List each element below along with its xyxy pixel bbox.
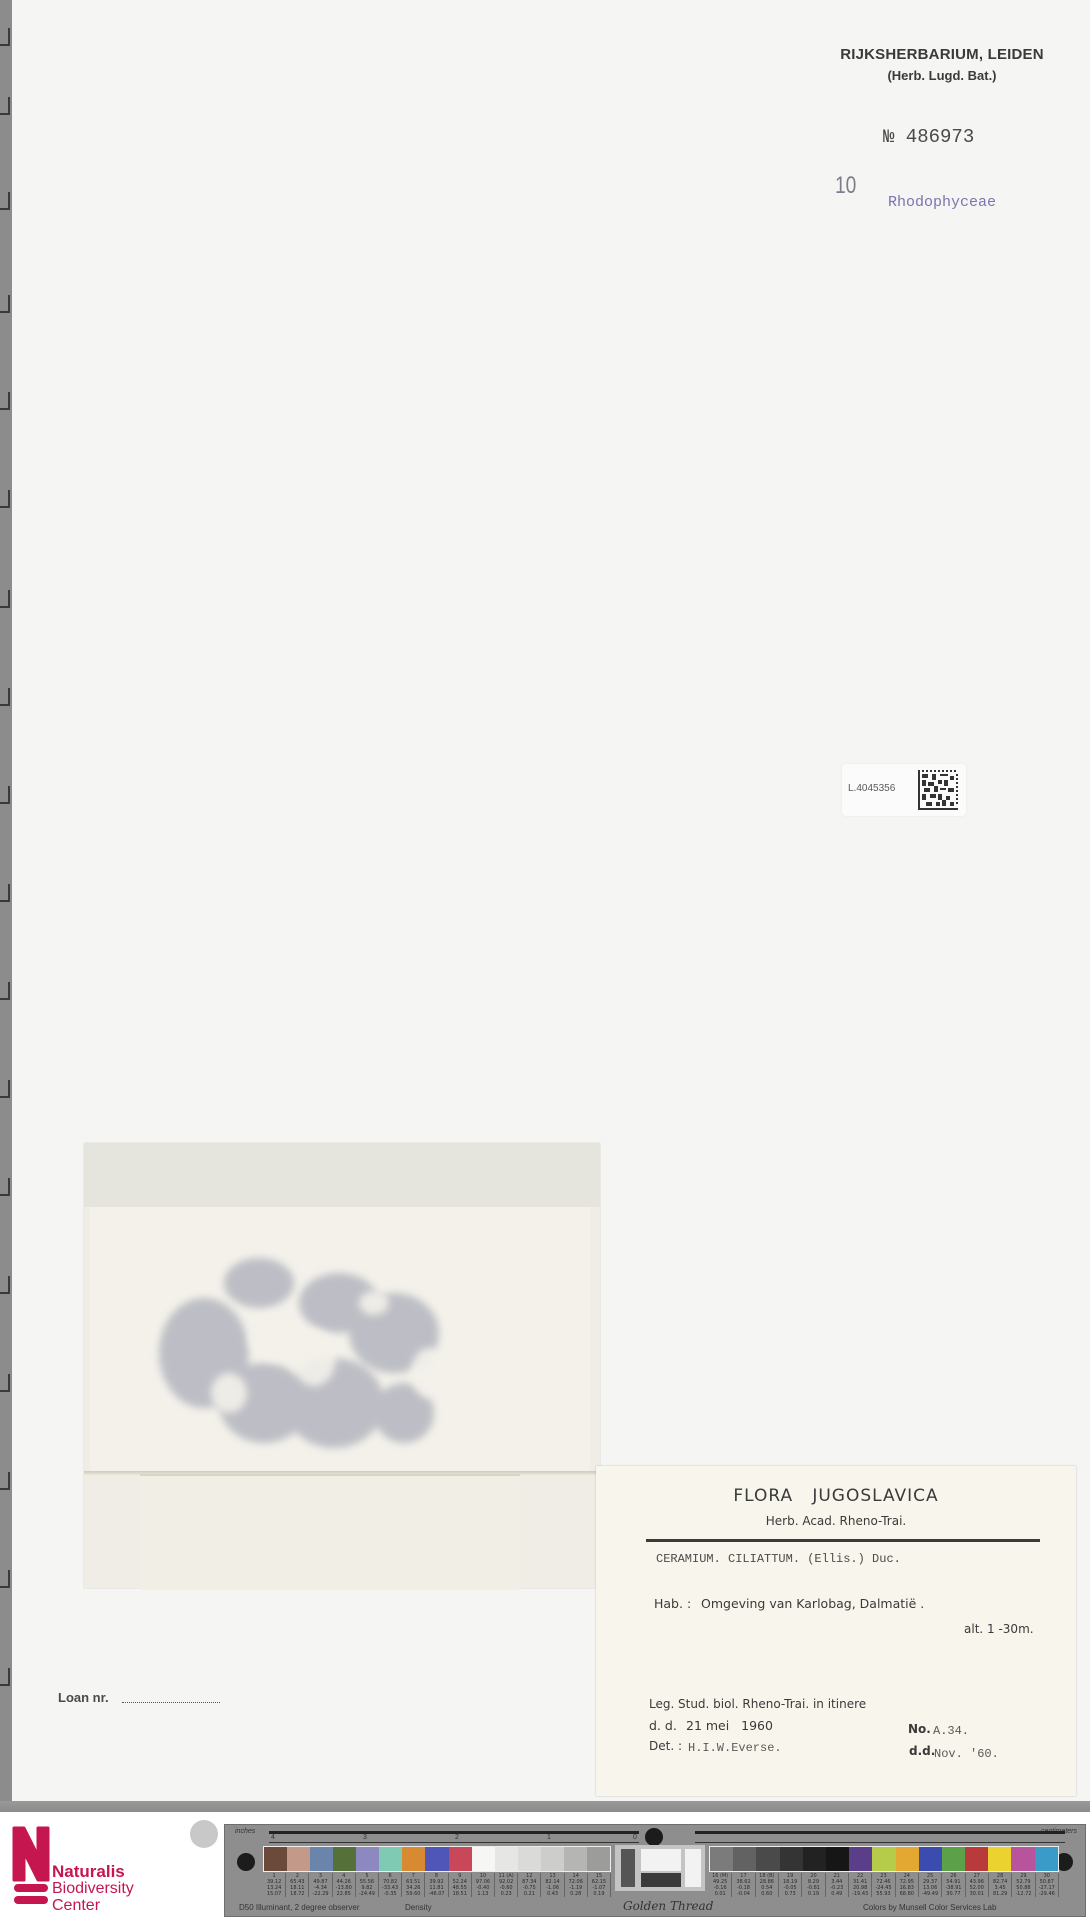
determiner-value: H.I.W.Everse. [688, 1741, 782, 1755]
target-scale [685, 1849, 701, 1887]
patch-value: 2952.7950.88-12.72 [1012, 1873, 1035, 1897]
loan-label: Loan nr. [58, 1690, 109, 1705]
golden-thread-brand: Golden Thread [623, 1899, 713, 1913]
patch-value: 3050.87-27.17-29.46 [1036, 1873, 1059, 1897]
color-patches-left [263, 1846, 611, 1872]
patch-value: 213.44-0.230.49 [826, 1873, 849, 1897]
patch-value: 2231.4120.98-19.43 [849, 1873, 872, 1897]
color-calibration-card: inches centimeters 4 3 2 1 0 139.1213.24… [224, 1824, 1086, 1917]
grey-reference-dot [190, 1820, 218, 1848]
color-patch [587, 1847, 610, 1871]
density-label: Density [405, 1903, 432, 1912]
patch-value: 444.26-13.8022.85 [333, 1873, 356, 1897]
color-patches-right [709, 1846, 1059, 1872]
color-patch [495, 1847, 518, 1871]
specimen-packet [84, 1143, 600, 1588]
inch-tick: 2 [455, 1834, 459, 1841]
label-subtitle: Herb. Acad. Rheno-Trai. [596, 1514, 1076, 1528]
color-patch [564, 1847, 587, 1871]
label-title: FLORA JUGOSLAVICA [596, 1486, 1076, 1506]
institution-subtitle: (Herb. Lugd. Bat.) [836, 68, 1048, 83]
patch-value: 16 (M)49.25-0.160.01 [709, 1873, 732, 1897]
patch-value: 139.1213.2415.07 [263, 1873, 286, 1897]
color-patch [310, 1847, 333, 1871]
color-patch [896, 1847, 919, 1871]
edge-tick [0, 28, 10, 46]
color-patch [733, 1847, 756, 1871]
patch-value: 1738.62-0.18-0.04 [732, 1873, 755, 1897]
patch-value: 208.29-0.810.19 [802, 1873, 825, 1897]
stamp-number: 10 [835, 172, 856, 200]
color-patch [1035, 1847, 1058, 1871]
color-patch [942, 1847, 965, 1871]
edge-tick [0, 1374, 10, 1392]
catalog-number: L.4045356 [848, 783, 895, 794]
edge-tick [0, 490, 10, 508]
patch-value: 18 (B)28.860.540.60 [756, 1873, 779, 1897]
color-patch [518, 1847, 541, 1871]
taxon-name: CERAMIUM. CILIATTUM. (Ellis.) Duc. [656, 1552, 901, 1566]
loan-number-field [122, 1702, 220, 1703]
logo-text-center: Center [52, 1897, 100, 1915]
patch-value: 555.569.82-24.49 [356, 1873, 379, 1897]
algae-specimen [144, 1243, 484, 1473]
edge-tick [0, 295, 10, 313]
edge-tick [0, 590, 10, 608]
collection-date-label: d. d. [649, 1718, 677, 1733]
packet-bottom-flap [140, 1474, 520, 1590]
habitat-value: Omgeving van Karlobag, Dalmatië . [701, 1596, 924, 1611]
det-date-label: d.d. [909, 1744, 935, 1758]
edge-tick [0, 392, 10, 410]
color-patch [287, 1847, 310, 1871]
edge-tick [0, 1472, 10, 1490]
color-patch [1011, 1847, 1034, 1871]
patch-value: 2372.46-24.4555.93 [872, 1873, 895, 1897]
patch-value: 11 (A)92.02-0.600.23 [495, 1873, 518, 1897]
packet-top-flap [84, 1143, 600, 1207]
label-divider [646, 1539, 1040, 1542]
edge-tick [0, 1570, 10, 1588]
logo-text-biodiversity: Biodiversity [52, 1880, 134, 1898]
collector-value: Stud. biol. Rheno-Trai. in itinere [678, 1697, 866, 1711]
patch-value: 2654.91-38.9130.77 [942, 1873, 965, 1897]
card-hole-center [645, 1828, 663, 1846]
patch-value: 839.9211.81-46.07 [425, 1873, 448, 1897]
target-block-dark [641, 1873, 681, 1887]
datamatrix-icon [918, 770, 958, 810]
scanner-edge-bottom [0, 1801, 1090, 1812]
patch-value: 1472.06-1.190.28 [565, 1873, 588, 1897]
inch-tick: 4 [271, 1834, 275, 1841]
scanner-edge-left [0, 0, 12, 1812]
color-patch [826, 1847, 849, 1871]
logo-text-naturalis: Naturalis [52, 1862, 125, 1882]
patch-value: 763.5134.2659.60 [402, 1873, 425, 1897]
institution-name: RIJKSHERBARIUM, LEIDEN [836, 46, 1048, 63]
patch-value: 670.82-33.43-0.35 [379, 1873, 402, 1897]
color-patch [425, 1847, 448, 1871]
inch-tick: 3 [363, 1834, 367, 1841]
patch-values-left: 139.1213.2415.07265.4318.1118.72349.87-4… [263, 1873, 611, 1897]
patch-value: 1287.34-0.750.21 [518, 1873, 541, 1897]
color-patch [849, 1847, 872, 1871]
resolution-target [615, 1845, 705, 1891]
color-patch [988, 1847, 1011, 1871]
registration-number: № 486973 [883, 126, 974, 148]
color-patch [264, 1847, 287, 1871]
edge-tick [0, 97, 10, 115]
altitude: alt. 1 -30m. [964, 1622, 1034, 1636]
card-hole-left [237, 1853, 255, 1871]
munsell-credit: Colors by Munsell Color Services Lab [863, 1903, 996, 1912]
edge-tick [0, 982, 10, 1000]
collection-date: 21 mei 1960 [686, 1718, 773, 1733]
edge-tick [0, 1276, 10, 1294]
color-patch [541, 1847, 564, 1871]
taxon-group: Rhodophyceae [888, 194, 996, 211]
patch-value: 349.87-4.34-22.29 [309, 1873, 332, 1897]
collection-number: A.34. [933, 1724, 969, 1738]
inch-ruler [269, 1831, 639, 1843]
barcode-label: L.4045356 [842, 764, 966, 816]
collection-label: FLORA JUGOSLAVICA Herb. Acad. Rheno-Trai… [596, 1466, 1076, 1796]
color-patch [710, 1847, 733, 1871]
edge-tick [0, 1668, 10, 1686]
edge-tick [0, 1178, 10, 1196]
det-date: Nov. '60. [934, 1747, 999, 1761]
patch-value: 1918.19-0.050.73 [779, 1873, 802, 1897]
edge-tick [0, 884, 10, 902]
patch-value: 2882.743.4581.29 [989, 1873, 1012, 1897]
edge-tick [0, 192, 10, 210]
color-patch [965, 1847, 988, 1871]
color-patch [780, 1847, 803, 1871]
patch-value: 2743.9652.0030.01 [966, 1873, 989, 1897]
color-patch [756, 1847, 779, 1871]
cm-ruler [695, 1831, 1065, 1843]
color-patch [472, 1847, 495, 1871]
habitat-label: Hab. : [654, 1596, 691, 1611]
patch-value: 265.4318.1118.72 [286, 1873, 309, 1897]
target-bars [641, 1849, 681, 1871]
patch-value: 1382.14-1.060.43 [541, 1873, 564, 1897]
edge-tick [0, 1080, 10, 1098]
color-patch [356, 1847, 379, 1871]
inch-tick: 1 [547, 1834, 551, 1841]
edge-tick [0, 786, 10, 804]
color-patch [803, 1847, 826, 1871]
inches-label: inches [235, 1828, 255, 1835]
collector-label: Leg. [649, 1697, 674, 1711]
patch-value: 1097.06-0.401.13 [472, 1873, 495, 1897]
patch-value: 952.2448.5518.51 [449, 1873, 472, 1897]
color-patch [402, 1847, 425, 1871]
inch-tick: 0 [633, 1834, 637, 1841]
patch-value: 2472.9516.8368.80 [896, 1873, 919, 1897]
color-patch [379, 1847, 402, 1871]
target-block [621, 1849, 635, 1887]
patch-values-right: 16 (M)49.25-0.160.011738.62-0.18-0.0418 … [709, 1873, 1059, 1897]
edge-tick [0, 688, 10, 706]
determiner-label: Det. : [649, 1739, 682, 1753]
illuminant-text: D50 Illuminant, 2 degree observer [239, 1903, 360, 1912]
color-patch [333, 1847, 356, 1871]
number-label: No. [908, 1722, 931, 1736]
patch-value: 1562.15-1.070.19 [588, 1873, 611, 1897]
color-patch [449, 1847, 472, 1871]
patch-value: 2529.3713.06-49.49 [919, 1873, 942, 1897]
color-patch [872, 1847, 895, 1871]
color-patch [919, 1847, 942, 1871]
